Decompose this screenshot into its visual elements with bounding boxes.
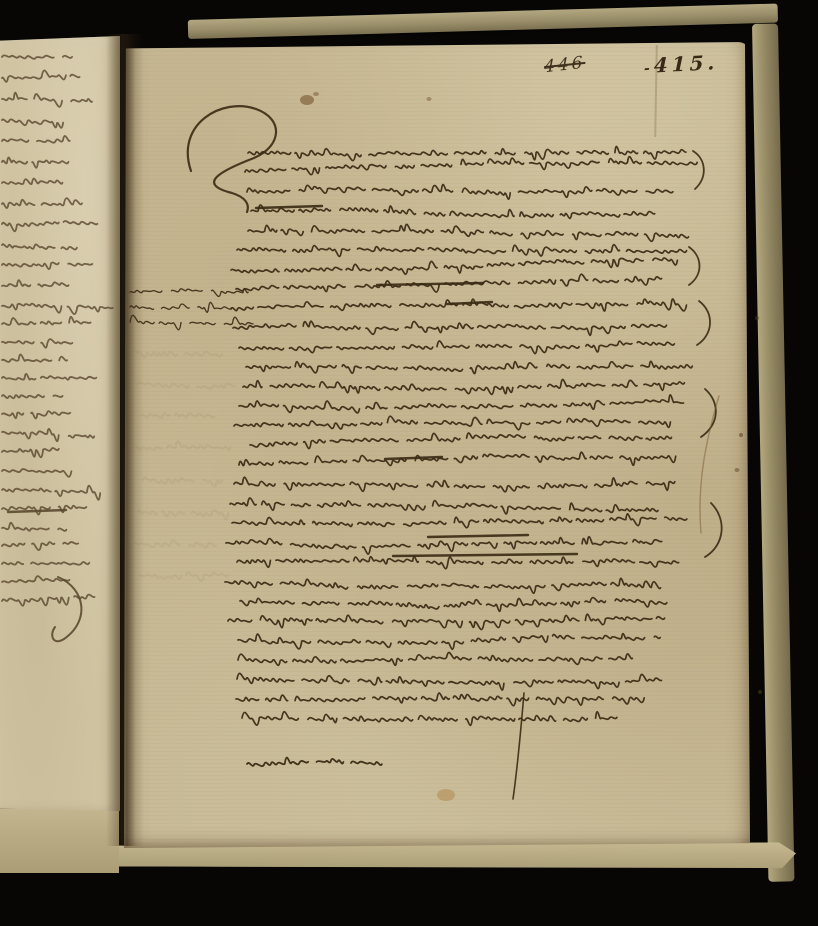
manuscript-page: 446 -415. (124, 42, 750, 848)
folio-number-current: -415. (644, 50, 719, 78)
stain (758, 690, 762, 694)
book-cover-fore-edge (752, 24, 794, 882)
folio-number-struck: 446 (544, 53, 585, 77)
left-underlying-page-edge (0, 808, 119, 873)
book-cover-top-edge (188, 4, 778, 39)
folio-number-current-text: 415. (654, 50, 719, 77)
facing-page-edge (0, 36, 120, 811)
folio-number-struck-text: 446 (544, 53, 585, 77)
photograph-background: 446 -415. (0, 0, 818, 926)
folio-prefix-mark: - (644, 61, 650, 77)
